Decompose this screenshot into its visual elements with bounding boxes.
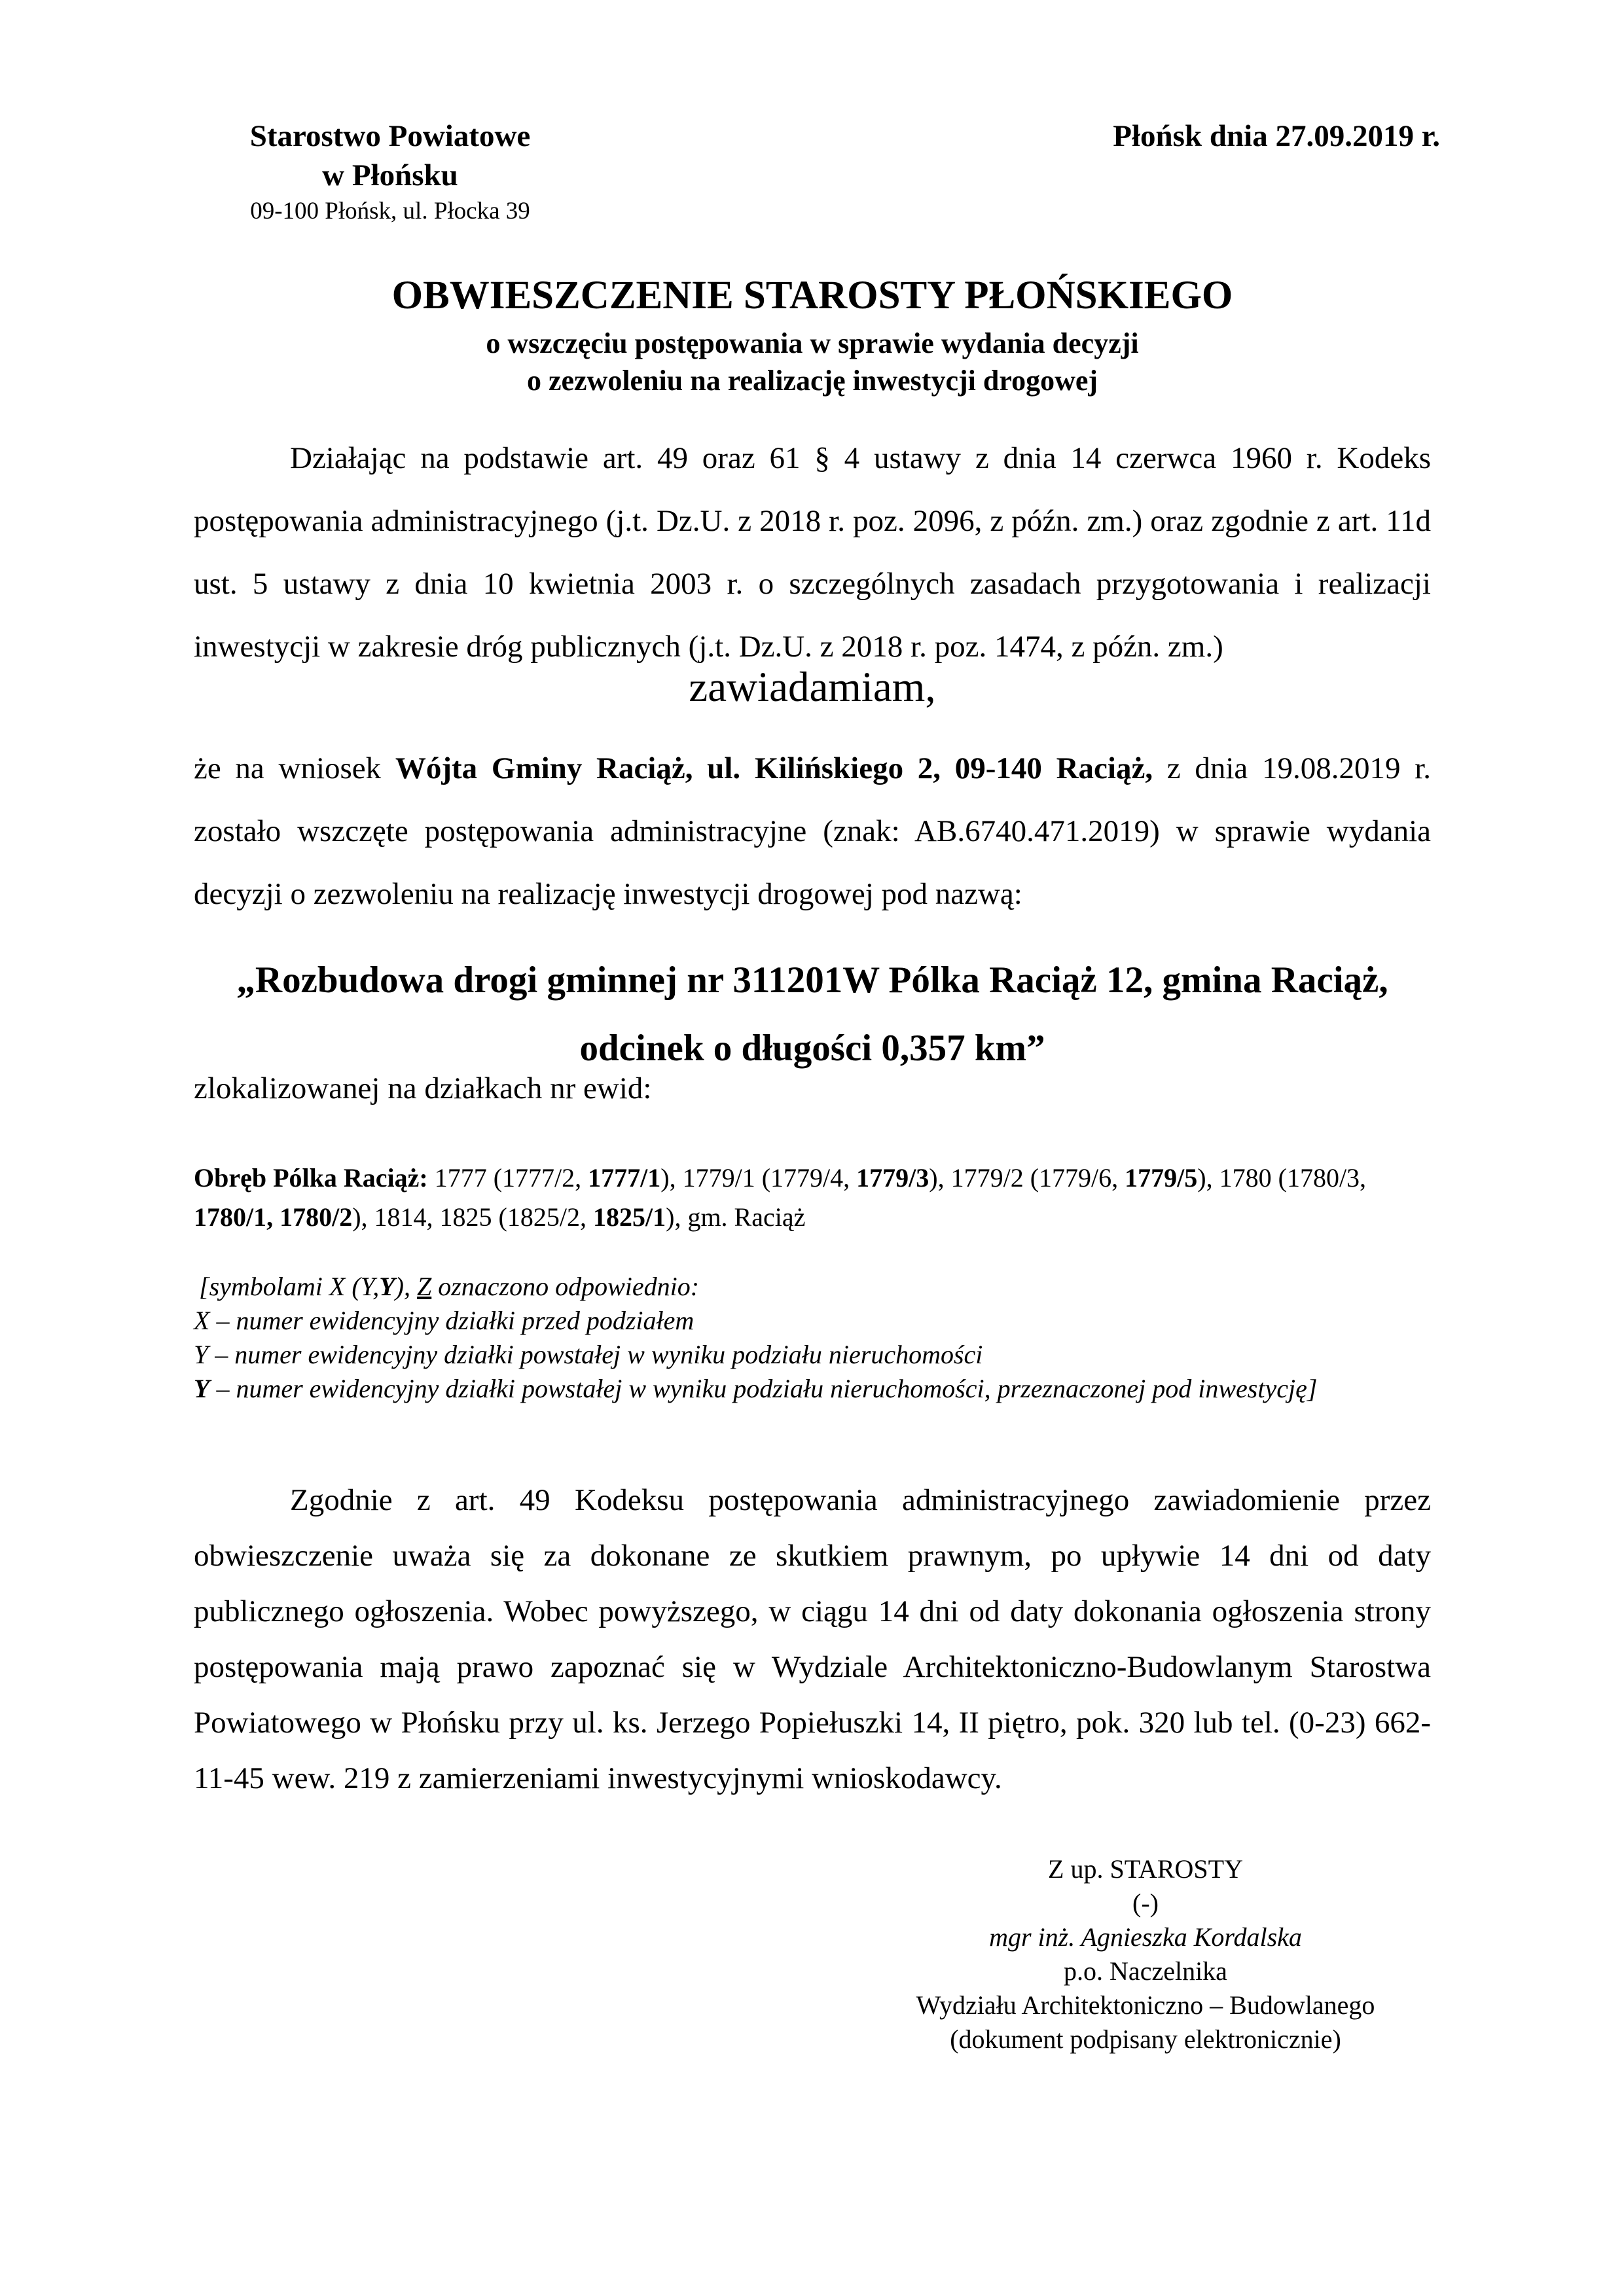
sender-city: w Płońsku: [194, 156, 586, 195]
legend-x: X – numer ewidencyjny działki przed podz…: [194, 1304, 1431, 1338]
sender-block: Starostwo Powiatowe w Płońsku 09-100 Pło…: [194, 117, 586, 228]
document-page: Starostwo Powiatowe w Płońsku 09-100 Pło…: [0, 0, 1624, 2296]
legend-underlined-symbol: Z: [417, 1272, 431, 1301]
legend-intro-text: [symbolami X (Y,: [199, 1272, 379, 1301]
signature-mark: (-): [851, 1886, 1440, 1920]
legend-y-bold: Y – numer ewidencyjny działki powstałej …: [194, 1372, 1431, 1406]
project-title: „Rozbudowa drogi gminnej nr 311201W Pólk…: [194, 946, 1431, 1083]
parcel-number-investment: 1825/1: [593, 1202, 666, 1232]
signature-authority: Z up. STAROSTY: [851, 1852, 1440, 1886]
parcel-number: ), 1814, 1825 (1825/2,: [352, 1202, 593, 1232]
document-subtitle-line-1: o wszczęciu postępowania w sprawie wydan…: [194, 325, 1431, 362]
sender-name: Starostwo Powiatowe: [194, 117, 586, 156]
project-title-line-1: „Rozbudowa drogi gminnej nr 311201W Pólk…: [194, 946, 1431, 1014]
parcel-number-investment: 1780/1, 1780/2: [194, 1202, 352, 1232]
parcel-number: ), 1780 (1780/3,: [1197, 1163, 1366, 1193]
announcement-word: zawiadamiam,: [194, 658, 1431, 717]
signatory-role: p.o. Naczelnika: [851, 1954, 1440, 1988]
signature-note: (dokument podpisany elektronicznie): [851, 2022, 1440, 2056]
notice-paragraph: że na wniosek Wójta Gminy Raciąż, ul. Ki…: [194, 737, 1431, 925]
signatory-name: mgr inż. Agnieszka Kordalska: [851, 1920, 1440, 1954]
legal-basis-paragraph: Działając na podstawie art. 49 oraz 61 §…: [194, 427, 1431, 678]
legend-intro-text: oznaczono odpowiednio:: [431, 1272, 699, 1301]
document-subtitle-line-2: o zezwoleniu na realizację inwestycji dr…: [194, 362, 1431, 399]
parcel-list: Obręb Pólka Raciąż: 1777 (1777/2, 1777/1…: [194, 1158, 1431, 1237]
signature-block: Z up. STAROSTY (-) mgr inż. Agnieszka Ko…: [851, 1852, 1440, 2056]
parcel-number-investment: 1777/1: [588, 1163, 660, 1193]
document-title: OBWIESZCZENIE STAROSTY PŁOŃSKIEGO: [194, 267, 1431, 325]
closing-paragraph: Zgodnie z art. 49 Kodeksu postępowania a…: [194, 1473, 1431, 1806]
applicant: Wójta Gminy Raciąż, ul. Kilińskiego 2, 0…: [395, 751, 1153, 785]
parcel-number-investment: 1779/3: [856, 1163, 929, 1193]
legend-bold-symbol: Y: [379, 1272, 395, 1301]
sender-address: 09-100 Płońsk, ul. Płocka 39: [194, 195, 586, 228]
notice-prefix: że na wniosek: [194, 751, 395, 785]
title-block: OBWIESZCZENIE STAROSTY PŁOŃSKIEGO o wszc…: [194, 267, 1431, 399]
parcel-number: ), 1779/1 (1779/4,: [660, 1163, 856, 1193]
signatory-department: Wydziału Architektoniczno – Budowlanego: [851, 1988, 1440, 2022]
legend-symbol: Y: [194, 1374, 209, 1403]
legend-intro-text: ),: [395, 1272, 417, 1301]
legend-description: – numer ewidencyjny działki powstałej w …: [209, 1374, 1317, 1403]
legend-symbol: X: [194, 1306, 209, 1335]
parcel-precinct-label: Obręb Pólka Raciąż:: [194, 1163, 428, 1193]
parcel-number: ), 1779/2 (1779/6,: [929, 1163, 1125, 1193]
symbol-legend: [symbolami X (Y,Y), Z oznaczono odpowied…: [194, 1270, 1431, 1406]
legend-symbol: Y: [194, 1340, 208, 1369]
legend-intro: [symbolami X (Y,Y), Z oznaczono odpowied…: [194, 1270, 1431, 1304]
place-date: Płońsk dnia 27.09.2019 r.: [1074, 117, 1440, 156]
legend-description: – numer ewidencyjny działki przed podzia…: [209, 1306, 694, 1335]
legend-description: – numer ewidencyjny działki powstałej w …: [208, 1340, 983, 1369]
legend-y: Y – numer ewidencyjny działki powstałej …: [194, 1338, 1431, 1372]
parcel-number-investment: 1779/5: [1125, 1163, 1197, 1193]
parcel-number: ), gm. Raciąż: [666, 1202, 805, 1232]
location-intro: zlokalizowanej na działkach nr ewid:: [194, 1069, 1431, 1108]
parcel-number: 1777 (1777/2,: [428, 1163, 588, 1193]
